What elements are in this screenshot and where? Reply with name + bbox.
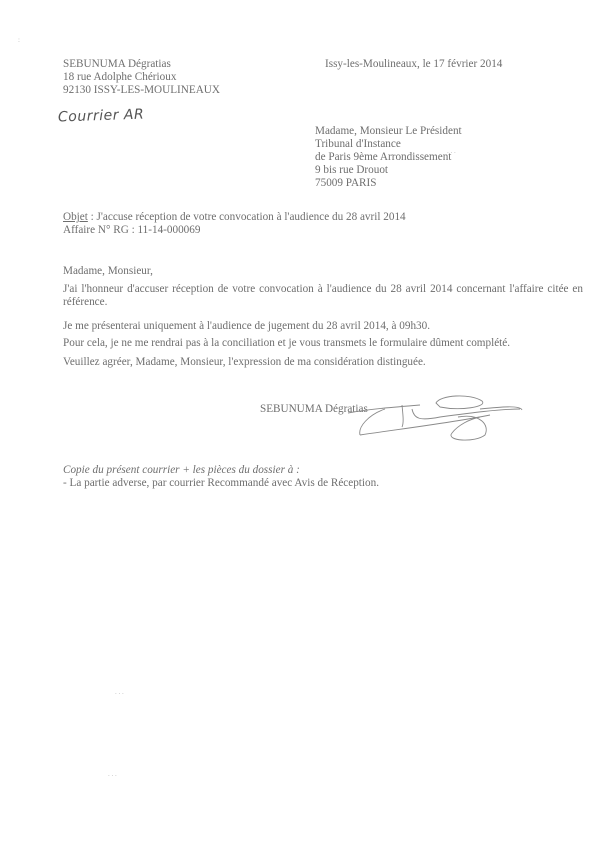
scan-mark: . . . (447, 147, 456, 155)
sender-city: 92130 ISSY-LES-MOULINEAUX (63, 84, 220, 97)
copy-recipient: - La partie adverse, par courrier Recomm… (63, 477, 379, 490)
recipient-line-3: de Paris 9ème Arrondissement (315, 151, 462, 164)
sender-address: SEBUNUMA Dégratias 18 rue Adolphe Chério… (63, 58, 220, 97)
paragraph-conciliation: Pour cela, je ne me rendrai pas à la con… (63, 337, 583, 350)
recipient-line-2: Tribunal d'Instance (315, 138, 462, 151)
subject-label: Objet (63, 211, 88, 223)
subject-line: Objet : J'accuse réception de votre conv… (63, 211, 406, 224)
recipient-line-4: 9 bis rue Drouot (315, 164, 462, 177)
subject-block: Objet : J'accuse réception de votre conv… (63, 211, 406, 237)
paragraph-attendance: Je me présenterai uniquement à l'audienc… (63, 320, 583, 333)
subject-text: : J'accuse réception de votre convocatio… (88, 211, 406, 223)
recipient-address: Madame, Monsieur Le Président Tribunal d… (315, 125, 462, 190)
letter-page: : SEBUNUMA Dégratias 18 rue Adolphe Chér… (0, 0, 595, 841)
paragraph-acknowledgement: J'ai l'honneur d'accuser réception de vo… (63, 283, 583, 309)
sender-street: 18 rue Adolphe Chérioux (63, 71, 220, 84)
copy-label: Copie du présent courrier + les pièces d… (63, 464, 379, 477)
date-line: Issy-les-Moulineaux, le 17 février 2014 (325, 58, 502, 70)
copy-notice: Copie du présent courrier + les pièces d… (63, 464, 379, 490)
handwritten-signature-icon (340, 387, 530, 443)
case-reference: Affaire N° RG : 11-14-000069 (63, 224, 406, 237)
paragraph-closing: Veuillez agréer, Madame, Monsieur, l'exp… (63, 356, 583, 369)
scan-mark: : (18, 36, 20, 44)
scan-mark: . . . (115, 688, 124, 696)
scan-mark: . . . (108, 770, 117, 778)
recipient-line-5: 75009 PARIS (315, 177, 462, 190)
recipient-line-1: Madame, Monsieur Le Président (315, 125, 462, 138)
sender-name: SEBUNUMA Dégratias (63, 58, 220, 71)
handwritten-note: Courrier AR (58, 106, 145, 125)
salutation: Madame, Monsieur, (63, 265, 153, 277)
